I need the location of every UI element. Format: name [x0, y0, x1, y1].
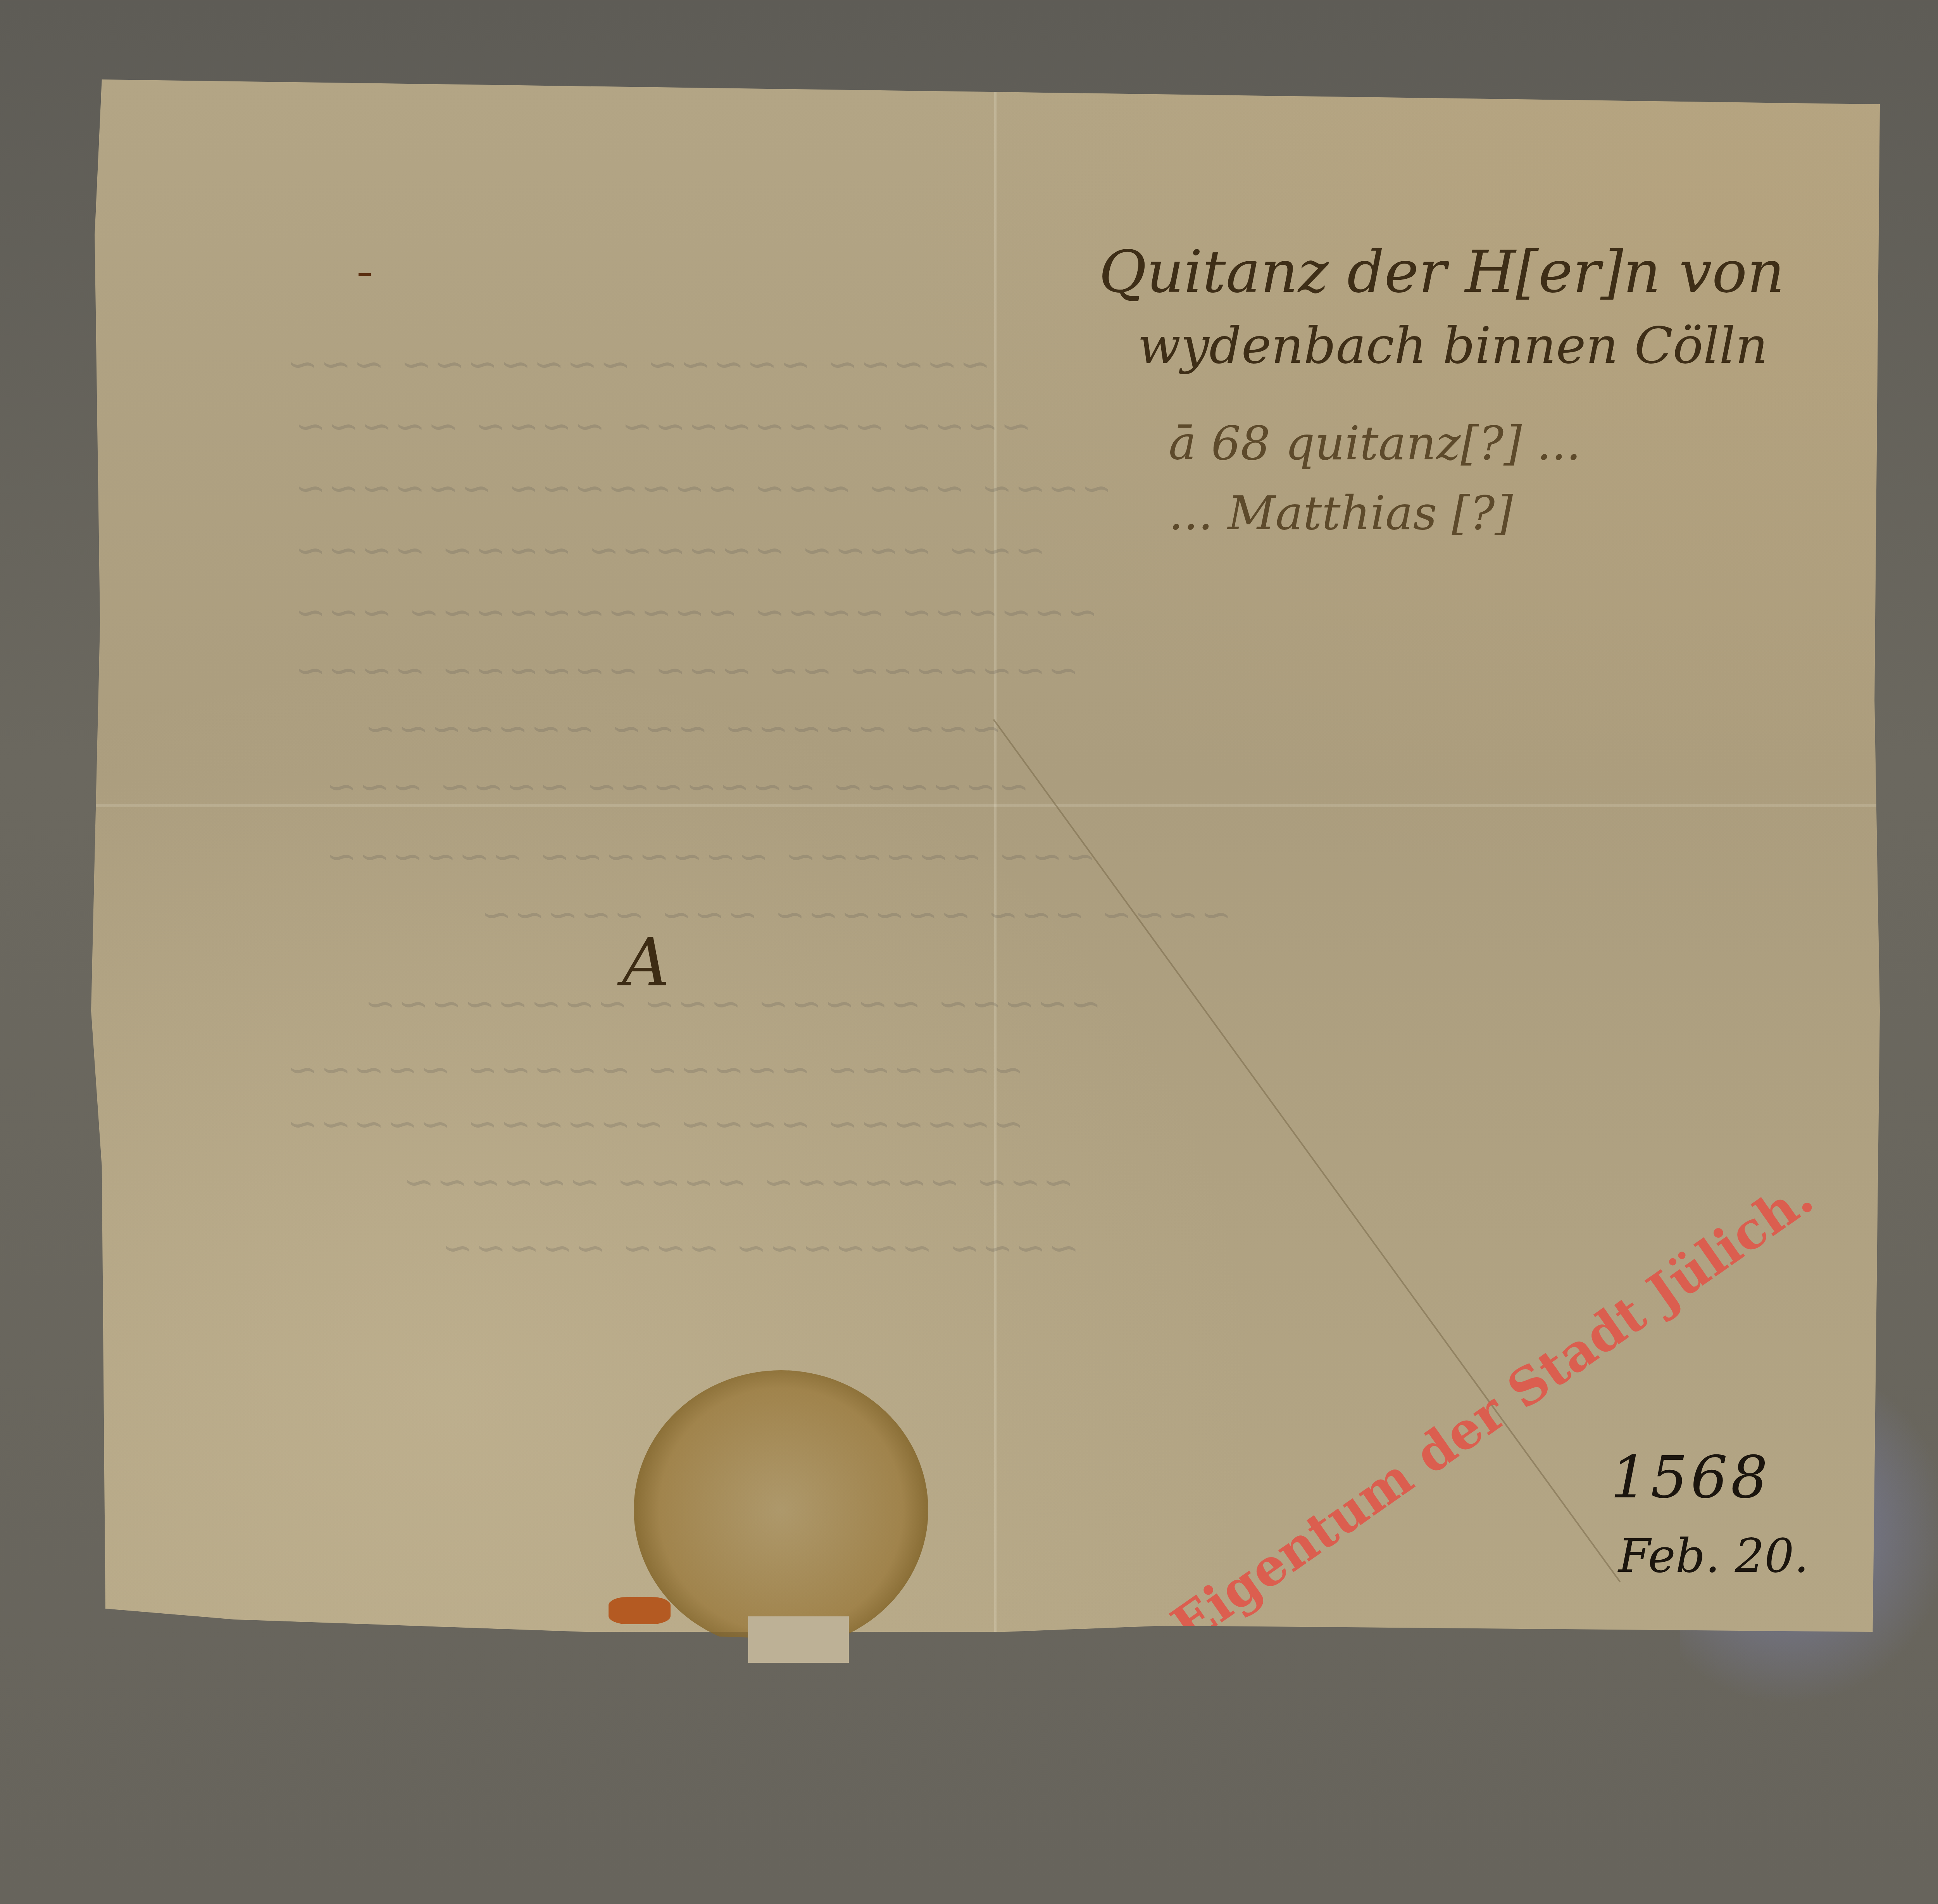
bleed-through-line: ~~~ ~~~~~~ ~~~~ ~~~~~~ — [401, 1161, 1074, 1204]
bleed-through-line: ~~~~ ~~~ ~~~~~~ ~~~ ~~~~~ — [479, 893, 1231, 936]
mark-letter: A — [622, 924, 670, 1001]
endorsement-line-3: ā 68 quitanz[?] ... — [1169, 417, 1581, 471]
ink-dash-mark — [359, 273, 371, 276]
bleed-through-line: ~~~~~~ ~~~~ ~~~~~~~~~~ ~~~ — [293, 591, 1098, 634]
bleed-through-line: ~~~~~~ ~~~~ ~~~~~~ ~~~~~ — [285, 1103, 1024, 1145]
endorsement-line-4: ... Matthias [?] — [1169, 486, 1513, 540]
bleed-through-line: ~~~~~ ~~~~~ ~~~~~~~ ~~~ — [285, 343, 991, 386]
paper-tab — [748, 1616, 849, 1663]
bleed-through-line: ~~~~ ~~~~~~~~ ~~~~ ~~~~~ — [293, 405, 1031, 448]
endorsement-line-1: Quitanz der H[er]n von — [1099, 238, 1785, 306]
wax-seal-stain — [634, 1370, 928, 1649]
bleed-through-line: ~~~~~~ ~~~~~ ~~~~~ ~~~~~ — [285, 1049, 1024, 1091]
paper-crack — [993, 719, 1621, 1582]
bleed-through-line: ~~~~~~~ ~~ ~~~ ~~~~~~ ~~~~ — [293, 649, 1079, 692]
bleed-through-line: ~~~ ~~~~~ ~~~ ~~~~~~~ — [362, 707, 1002, 750]
manuscript-sheet: ~~~~~ ~~~~~ ~~~~~~~ ~~~ ~~~~ ~~~~~~~~ ~~… — [91, 79, 1880, 1632]
bleed-through-line: ~~~~~~ ~~~~~~~ ~~~~ ~~~ — [324, 766, 1029, 808]
date-day: Feb. 20. — [1618, 1529, 1809, 1583]
wax-seal-fragment — [609, 1597, 671, 1624]
bleed-through-line: ~~~~ ~~~~~~ ~~~ ~~~~~ — [440, 1227, 1079, 1269]
bleed-through-line: ~~~ ~~~~ ~~~~~~ ~~~~ ~~~~ — [293, 529, 1045, 572]
bleed-through-line: ~~~~~ ~~~~~ ~~~ ~~~~~~~~ — [362, 983, 1101, 1025]
bleed-through-line: ~~~~ ~~~ ~~~ ~~~~~~~ ~~~~~~ — [293, 467, 1112, 510]
endorsement-line-2: wydenbach binnen Cölln — [1138, 316, 1768, 375]
bleed-through-line: ~~~ ~~~~~~ ~~~~~~~ ~~~~~~ — [324, 835, 1096, 878]
date-year: 1568 — [1610, 1444, 1771, 1511]
